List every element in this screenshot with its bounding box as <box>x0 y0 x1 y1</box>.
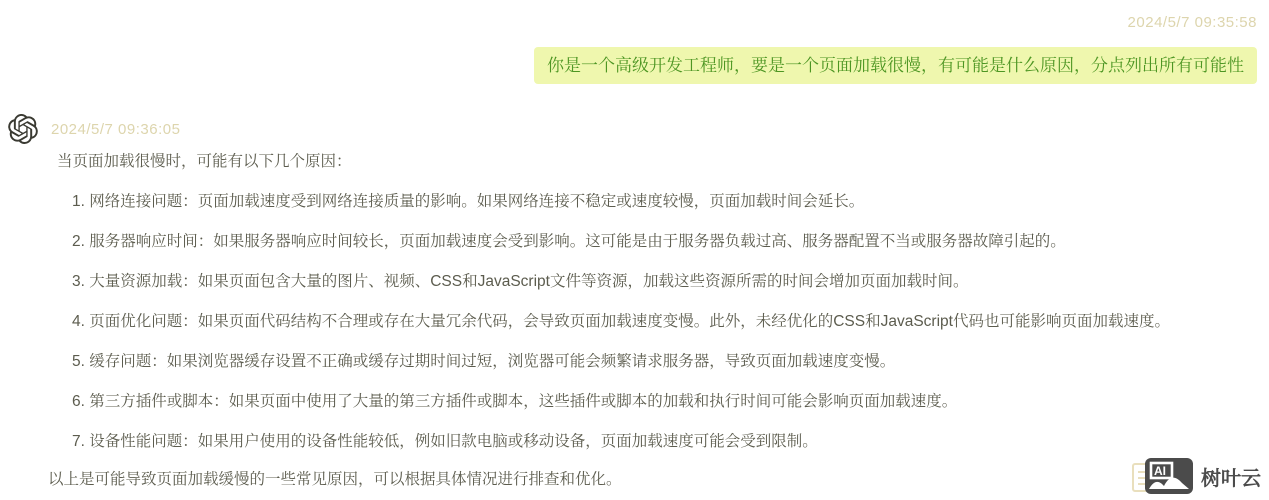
user-bubble: 你是一个高级开发工程师，要是一个页面加载很慢，有可能是什么原因，分点列出所有可能… <box>534 47 1257 84</box>
answer-intro: 当页面加载很慢时，可能有以下几个原因： <box>57 152 1269 171</box>
assistant-message: 2024/5/7 09:36:05 当页面加载很慢时，可能有以下几个原因： 1.… <box>0 114 1269 489</box>
user-timestamp: 2024/5/7 09:35:58 <box>0 0 1257 31</box>
assistant-content: 当页面加载很慢时，可能有以下几个原因： 1. 网络连接问题：页面加载速度受到网络… <box>0 152 1269 489</box>
list-item: 2. 服务器响应时间：如果服务器响应时间较长，页面加载速度会受到影响。这可能是由… <box>72 232 1269 251</box>
list-item: 6. 第三方插件或脚本：如果页面中使用了大量的第三方插件或脚本，这些插件或脚本的… <box>72 392 1269 411</box>
list-item: 4. 页面优化问题：如果页面代码结构不合理或存在大量冗余代码，会导致页面加载速度… <box>72 312 1269 331</box>
watermark-icon-label: AI <box>1154 464 1166 478</box>
assistant-header: 2024/5/7 09:36:05 <box>0 114 1269 144</box>
list-item: 5. 缓存问题：如果浏览器缓存设置不正确或缓存过期时间过短，浏览器可能会频繁请求… <box>72 352 1269 371</box>
openai-logo-icon <box>8 114 38 144</box>
ai-image-logo-icon: AI <box>1144 457 1194 495</box>
answer-outro: 以上是可能导致页面加载缓慢的一些常见原因，可以根据具体情况进行排查和优化。 <box>48 470 1269 489</box>
assistant-timestamp: 2024/5/7 09:36:05 <box>51 121 180 138</box>
chat-window: 2024/5/7 09:35:58 你是一个高级开发工程师，要是一个页面加载很慢… <box>0 0 1269 500</box>
list-item: 7. 设备性能问题：如果用户使用的设备性能较低，例如旧款电脑或移动设备，页面加载… <box>72 432 1269 451</box>
list-item: 1. 网络连接问题：页面加载速度受到网络连接质量的影响。如果网络连接不稳定或速度… <box>72 192 1269 211</box>
user-message: 2024/5/7 09:35:58 你是一个高级开发工程师，要是一个页面加载很慢… <box>0 0 1269 84</box>
watermark: AI 树叶云 <box>1144 457 1261 495</box>
watermark-brand: 树叶云 <box>1201 462 1261 491</box>
list-item: 3. 大量资源加载：如果页面包含大量的图片、视频、CSS和JavaScript文… <box>72 272 1269 291</box>
